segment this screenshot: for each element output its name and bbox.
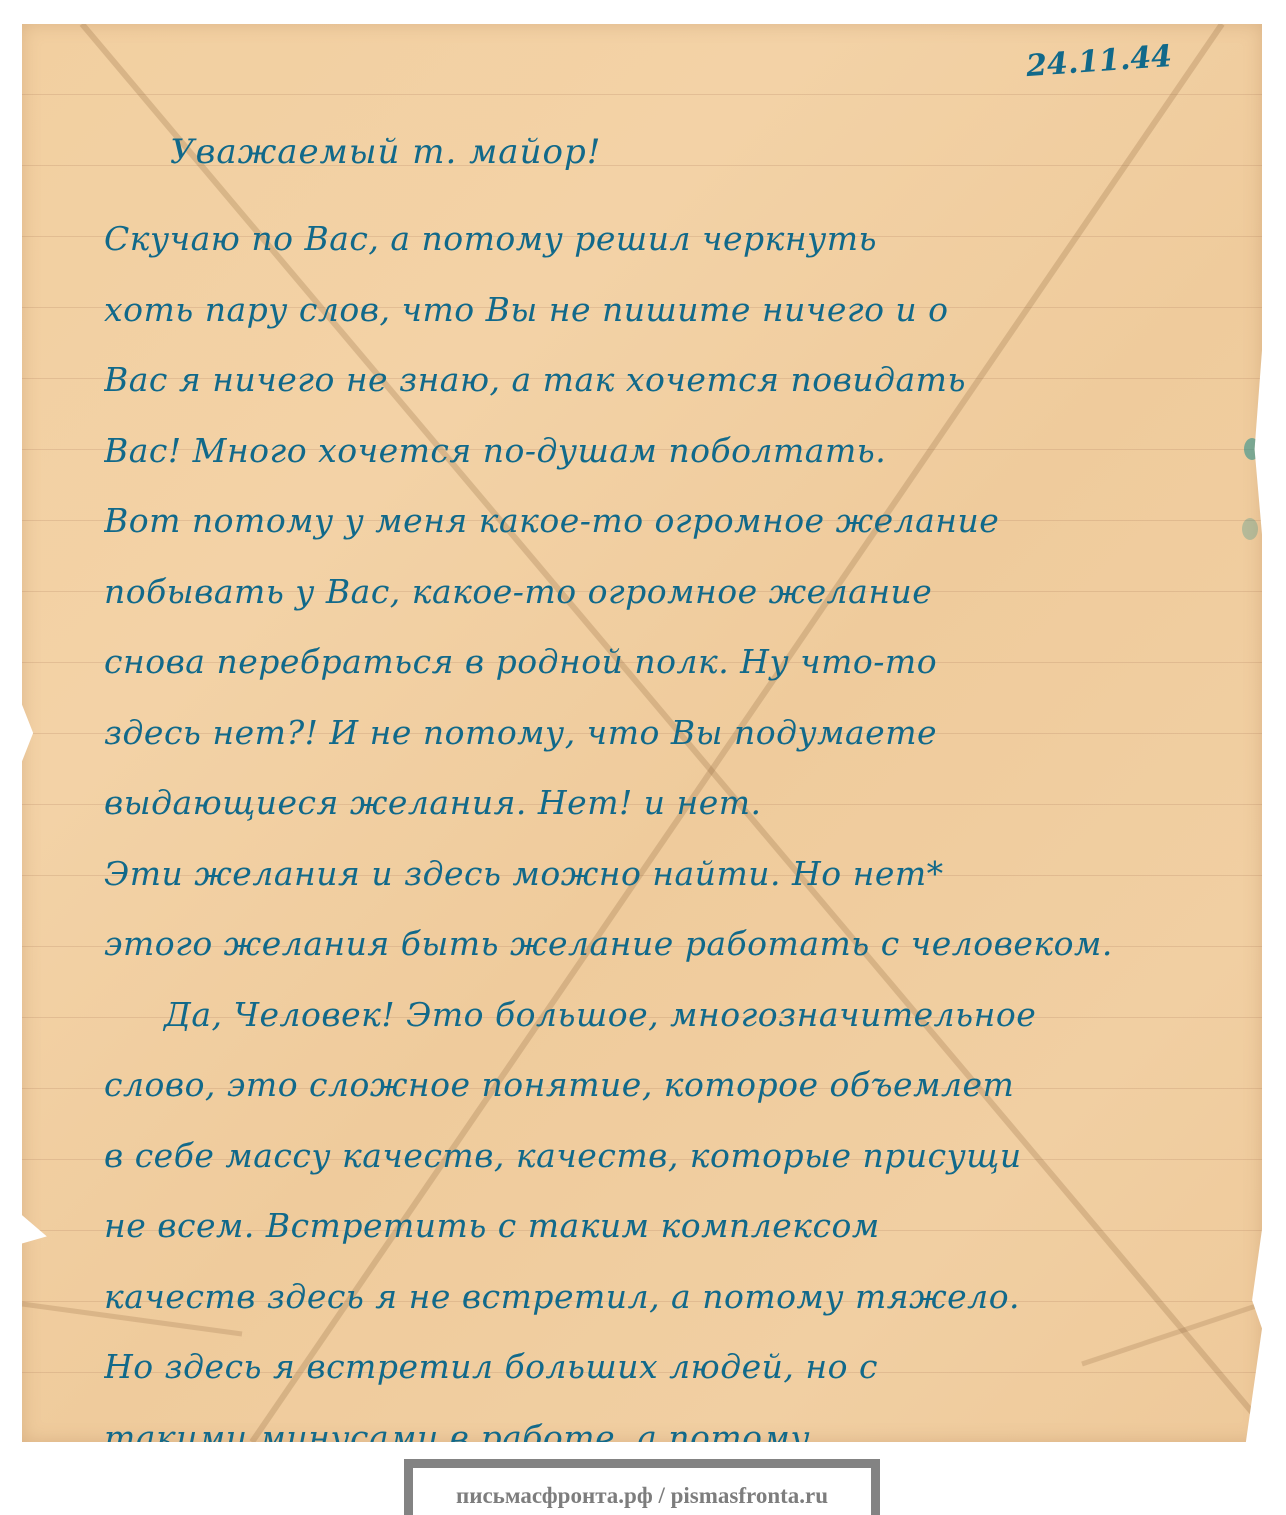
letter-line: здесь нет?! И не потому, что Вы подумает… — [104, 698, 1254, 769]
letter-line: Эти желания и здесь можно найти. Но нет* — [104, 839, 1254, 910]
letter-body: Скучаю по Вас, а потому решил черкнуть х… — [104, 204, 1254, 1473]
letter-sheet: 24.11.44 Уважаемый т. майор! Скучаю по В… — [22, 24, 1262, 1442]
letter-line: выдающиеся желания. Нет! и нет. — [104, 768, 1254, 839]
letter-line: побывать у Вас, какое-то огромное желани… — [104, 557, 1254, 628]
letter-line: Но здесь я встретил больших людей, но с — [104, 1332, 1254, 1403]
letter-line: не всем. Встретить с таким комплексом — [104, 1191, 1254, 1262]
letter-salutation: Уважаемый т. майор! — [170, 132, 601, 172]
ink-blot — [1242, 518, 1258, 540]
letter-line: снова перебраться в родной полк. Ну что-… — [104, 627, 1254, 698]
letter-line: этого желания быть желание работать с че… — [104, 909, 1254, 980]
letter-line: хоть пару слов, что Вы не пишите ничего … — [104, 275, 1254, 346]
letter-line: Вас я ничего не знаю, а так хочется пови… — [104, 345, 1254, 416]
watermark-text: письмасфронта.рф / pismasfronta.ru — [456, 1483, 828, 1509]
letter-line: Вот потому у меня какое-то огромное жела… — [104, 486, 1254, 557]
letter-line: качеств здесь я не встретил, а потому тя… — [104, 1262, 1254, 1333]
ink-blot — [1244, 438, 1260, 460]
letter-line: слово, это сложное понятие, которое объе… — [104, 1050, 1254, 1121]
letter-line: Скучаю по Вас, а потому решил черкнуть — [104, 204, 1254, 275]
letter-date: 24.11.44 — [1025, 39, 1173, 84]
letter-line: Вас! Много хочется по-душам поболтать. — [104, 416, 1254, 487]
letter-line: в себе массу качеств, качеств, которые п… — [104, 1121, 1254, 1192]
site-watermark: письмасфронта.рф / pismasfronta.ru — [404, 1459, 880, 1515]
letter-line: Да, Человек! Это большое, многозначитель… — [104, 980, 1254, 1051]
